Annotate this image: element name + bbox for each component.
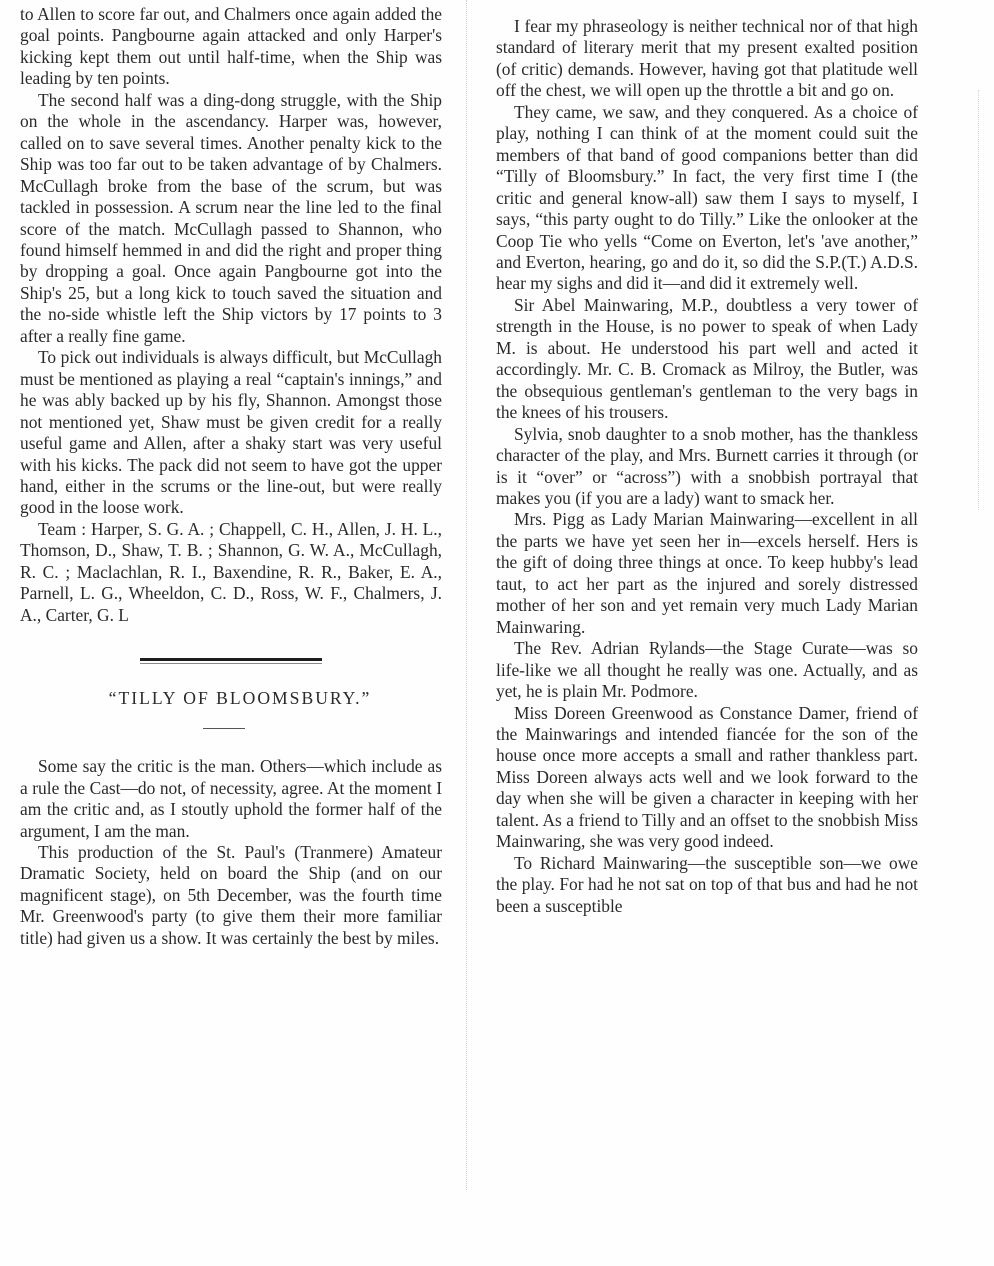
rugby-report-paragraph: The second half was a ding-dong struggle…: [20, 90, 442, 347]
section-rule-thick: [140, 658, 322, 661]
review-paragraph: I fear my phraseology is neither technic…: [496, 16, 918, 102]
section-rule-thin: [140, 663, 322, 664]
title-underline: [20, 710, 442, 756]
scanned-magazine-page: to Allen to score far out, and Chalmers …: [0, 0, 994, 1266]
column-divider: [466, 0, 467, 1190]
rugby-report-paragraph: to Allen to score far out, and Chalmers …: [20, 4, 442, 90]
review-paragraph: To Richard Mainwaring—the susceptible so…: [496, 853, 918, 917]
review-paragraph: Sylvia, snob daughter to a snob mother, …: [496, 424, 918, 510]
review-paragraph: The Rev. Adrian Rylands—the Stage Curate…: [496, 638, 918, 702]
section-separator: [20, 626, 442, 688]
section-title: “TILLY OF BLOOMSBURY.”: [20, 688, 442, 710]
review-paragraph: This production of the St. Paul's (Tranm…: [20, 842, 442, 949]
review-paragraph: They came, we saw, and they conquered. A…: [496, 102, 918, 295]
review-paragraph: Some say the critic is the man. Others—w…: [20, 756, 442, 842]
review-paragraph: Sir Abel Mainwaring, M.P., doubtless a v…: [496, 295, 918, 424]
title-short-rule: [203, 728, 245, 729]
review-paragraph: Mrs. Pigg as Lady Marian Mainwaring—exce…: [496, 509, 918, 638]
left-column: to Allen to score far out, and Chalmers …: [20, 4, 442, 949]
team-list-paragraph: Team : Harper, S. G. A. ; Chappell, C. H…: [20, 519, 442, 626]
right-column: I fear my phraseology is neither technic…: [496, 16, 918, 917]
review-paragraph: Miss Doreen Greenwood as Constance Damer…: [496, 703, 918, 853]
rugby-report-paragraph: To pick out individuals is always diffic…: [20, 347, 442, 519]
scan-edge-artifact: [978, 90, 979, 510]
